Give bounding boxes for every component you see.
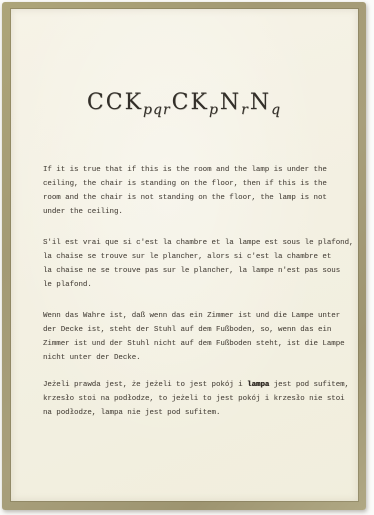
text-line: le plafond. (43, 278, 355, 292)
paragraph-german: Wenn das Wahre ist, daß wenn das ein Zim… (43, 309, 355, 365)
text-line: der Decke ist, steht der Stuhl auf dem F… (43, 323, 355, 337)
text-line: S'il est vrai que si c'est la chambre et… (43, 236, 355, 250)
typewritten-page: CCKpqrCKpNrNq If it is true that if this… (11, 9, 358, 501)
text-line: Jeżeli prawda jest, że jeżeli to jest po… (43, 378, 355, 392)
formula-main-segment: CK (172, 90, 209, 115)
text-line: nicht unter der Decke. (43, 351, 355, 365)
logic-formula: CCKpqrCKpNrNq (11, 90, 358, 118)
formula-subscript-segment: pqr (143, 102, 171, 118)
text-segment: Jeżeli prawda jest, że jeżeli to jest po… (43, 381, 247, 389)
artwork-photo: CCKpqrCKpNrNq If it is true that if this… (0, 0, 374, 515)
formula-main-segment: N (220, 90, 241, 115)
text-line: If it is true that if this is the room a… (43, 163, 355, 177)
mounting-board: CCKpqrCKpNrNq If it is true that if this… (2, 2, 366, 510)
formula-subscript-segment: q (271, 102, 281, 118)
formula-subscript-segment: p (209, 102, 219, 118)
overstruck-word: lampa (247, 381, 269, 389)
text-line: la chaise se trouve sur le plancher, alo… (43, 250, 355, 264)
text-line: krzesło stoi na podłodze, to jeżeli to j… (43, 392, 355, 406)
formula-main-segment: CCK (87, 90, 143, 115)
text-segment: jest pod sufitem, (269, 381, 349, 389)
text-line: la chaise ne se trouve pas sur le planch… (43, 264, 355, 278)
text-line: ceiling, the chair is standing on the fl… (43, 177, 355, 191)
text-line: under the ceiling. (43, 205, 355, 219)
text-line: room and the chair is not standing on th… (43, 191, 355, 205)
formula-subscript-segment: r (241, 102, 249, 118)
formula-main-segment: N (250, 90, 271, 115)
paragraph-polish: Jeżeli prawda jest, że jeżeli to jest po… (43, 378, 355, 420)
text-line: Wenn das Wahre ist, daß wenn das ein Zim… (43, 309, 355, 323)
text-line: na podłodze, lampa nie jest pod sufitem. (43, 406, 355, 420)
paragraph-english: If it is true that if this is the room a… (43, 163, 355, 219)
paragraph-french: S'il est vrai que si c'est la chambre et… (43, 236, 355, 292)
text-line: Zimmer ist und der Stuhl nicht auf dem F… (43, 337, 355, 351)
